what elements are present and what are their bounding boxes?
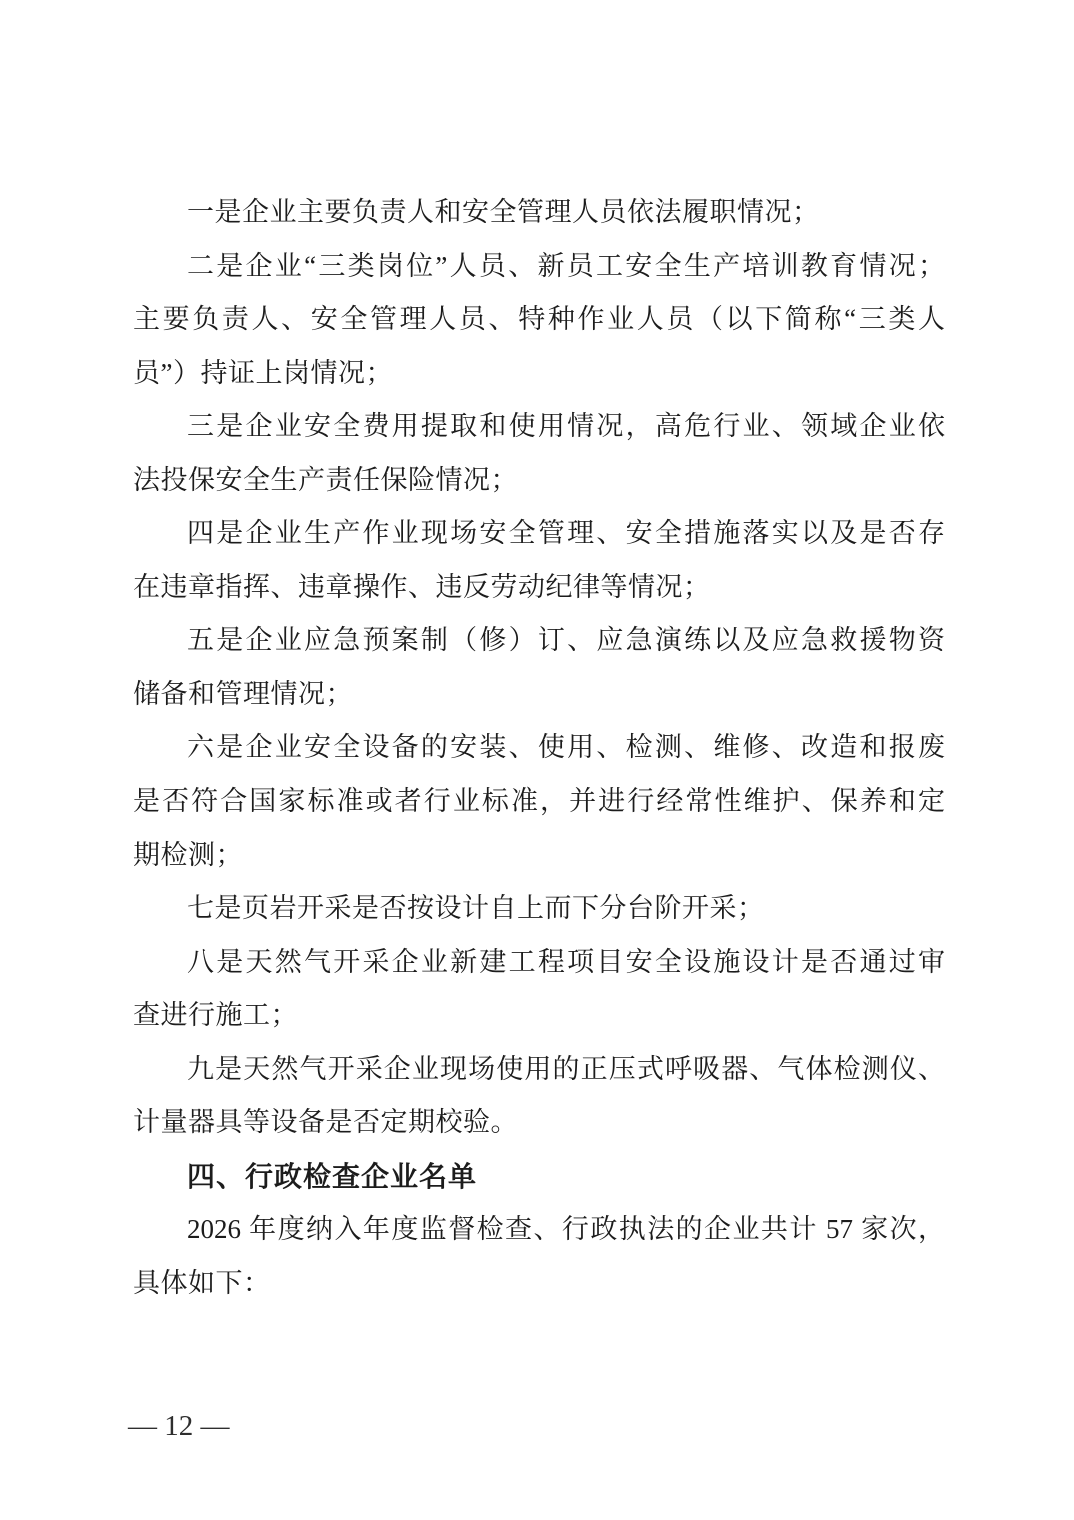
section-4-heading: 四、行政检查企业名单 (133, 1150, 945, 1204)
text-line: 六是企业安全设备的安装、使用、检测、维修、改造和报废 (133, 721, 945, 775)
document-body: 一是企业主要负责人和安全管理人员依法履职情况； 二是企业“三类岗位”人员、新员工… (133, 186, 945, 1310)
text-line: 2026 年度纳入年度监督检查、行政执法的企业共计 57 家次， (133, 1203, 945, 1257)
text-line: 在违章指挥、违章操作、违反劳动纪律等情况； (133, 561, 945, 615)
text-line: 查进行施工； (133, 989, 945, 1043)
text-line: 九是天然气开采企业现场使用的正压式呼吸器、气体检测仪、 (133, 1043, 945, 1097)
text-line: 主要负责人、安全管理人员、特种作业人员（以下简称“三类人 (133, 293, 945, 347)
text-line: 是否符合国家标准或者行业标准，并进行经常性维护、保养和定 (133, 775, 945, 829)
text-line: 七是页岩开采是否按设计自上而下分台阶开采； (133, 882, 945, 936)
text-line: 计量器具等设备是否定期校验。 (133, 1096, 945, 1150)
text-line: 期检测； (133, 829, 945, 883)
page-number: — 12 — (128, 1410, 230, 1442)
text-line: 储备和管理情况； (133, 668, 945, 722)
text-line: 四是企业生产作业现场安全管理、安全措施落实以及是否存 (133, 507, 945, 561)
text-line: 具体如下： (133, 1257, 945, 1311)
text-line: 三是企业安全费用提取和使用情况，高危行业、领域企业依 (133, 400, 945, 454)
text-line: 员”）持证上岗情况； (133, 347, 945, 401)
text-line: 八是天然气开采企业新建工程项目安全设施设计是否通过审 (133, 936, 945, 990)
text-line: 二是企业“三类岗位”人员、新员工安全生产培训教育情况； (133, 240, 945, 294)
page-footer: — 12 — (128, 1410, 230, 1443)
document-page: 一是企业主要负责人和安全管理人员依法履职情况； 二是企业“三类岗位”人员、新员工… (0, 0, 1074, 1520)
text-line: 一是企业主要负责人和安全管理人员依法履职情况； (133, 186, 945, 240)
text-line: 法投保安全生产责任保险情况； (133, 454, 945, 508)
text-line: 五是企业应急预案制（修）订、应急演练以及应急救援物资 (133, 614, 945, 668)
